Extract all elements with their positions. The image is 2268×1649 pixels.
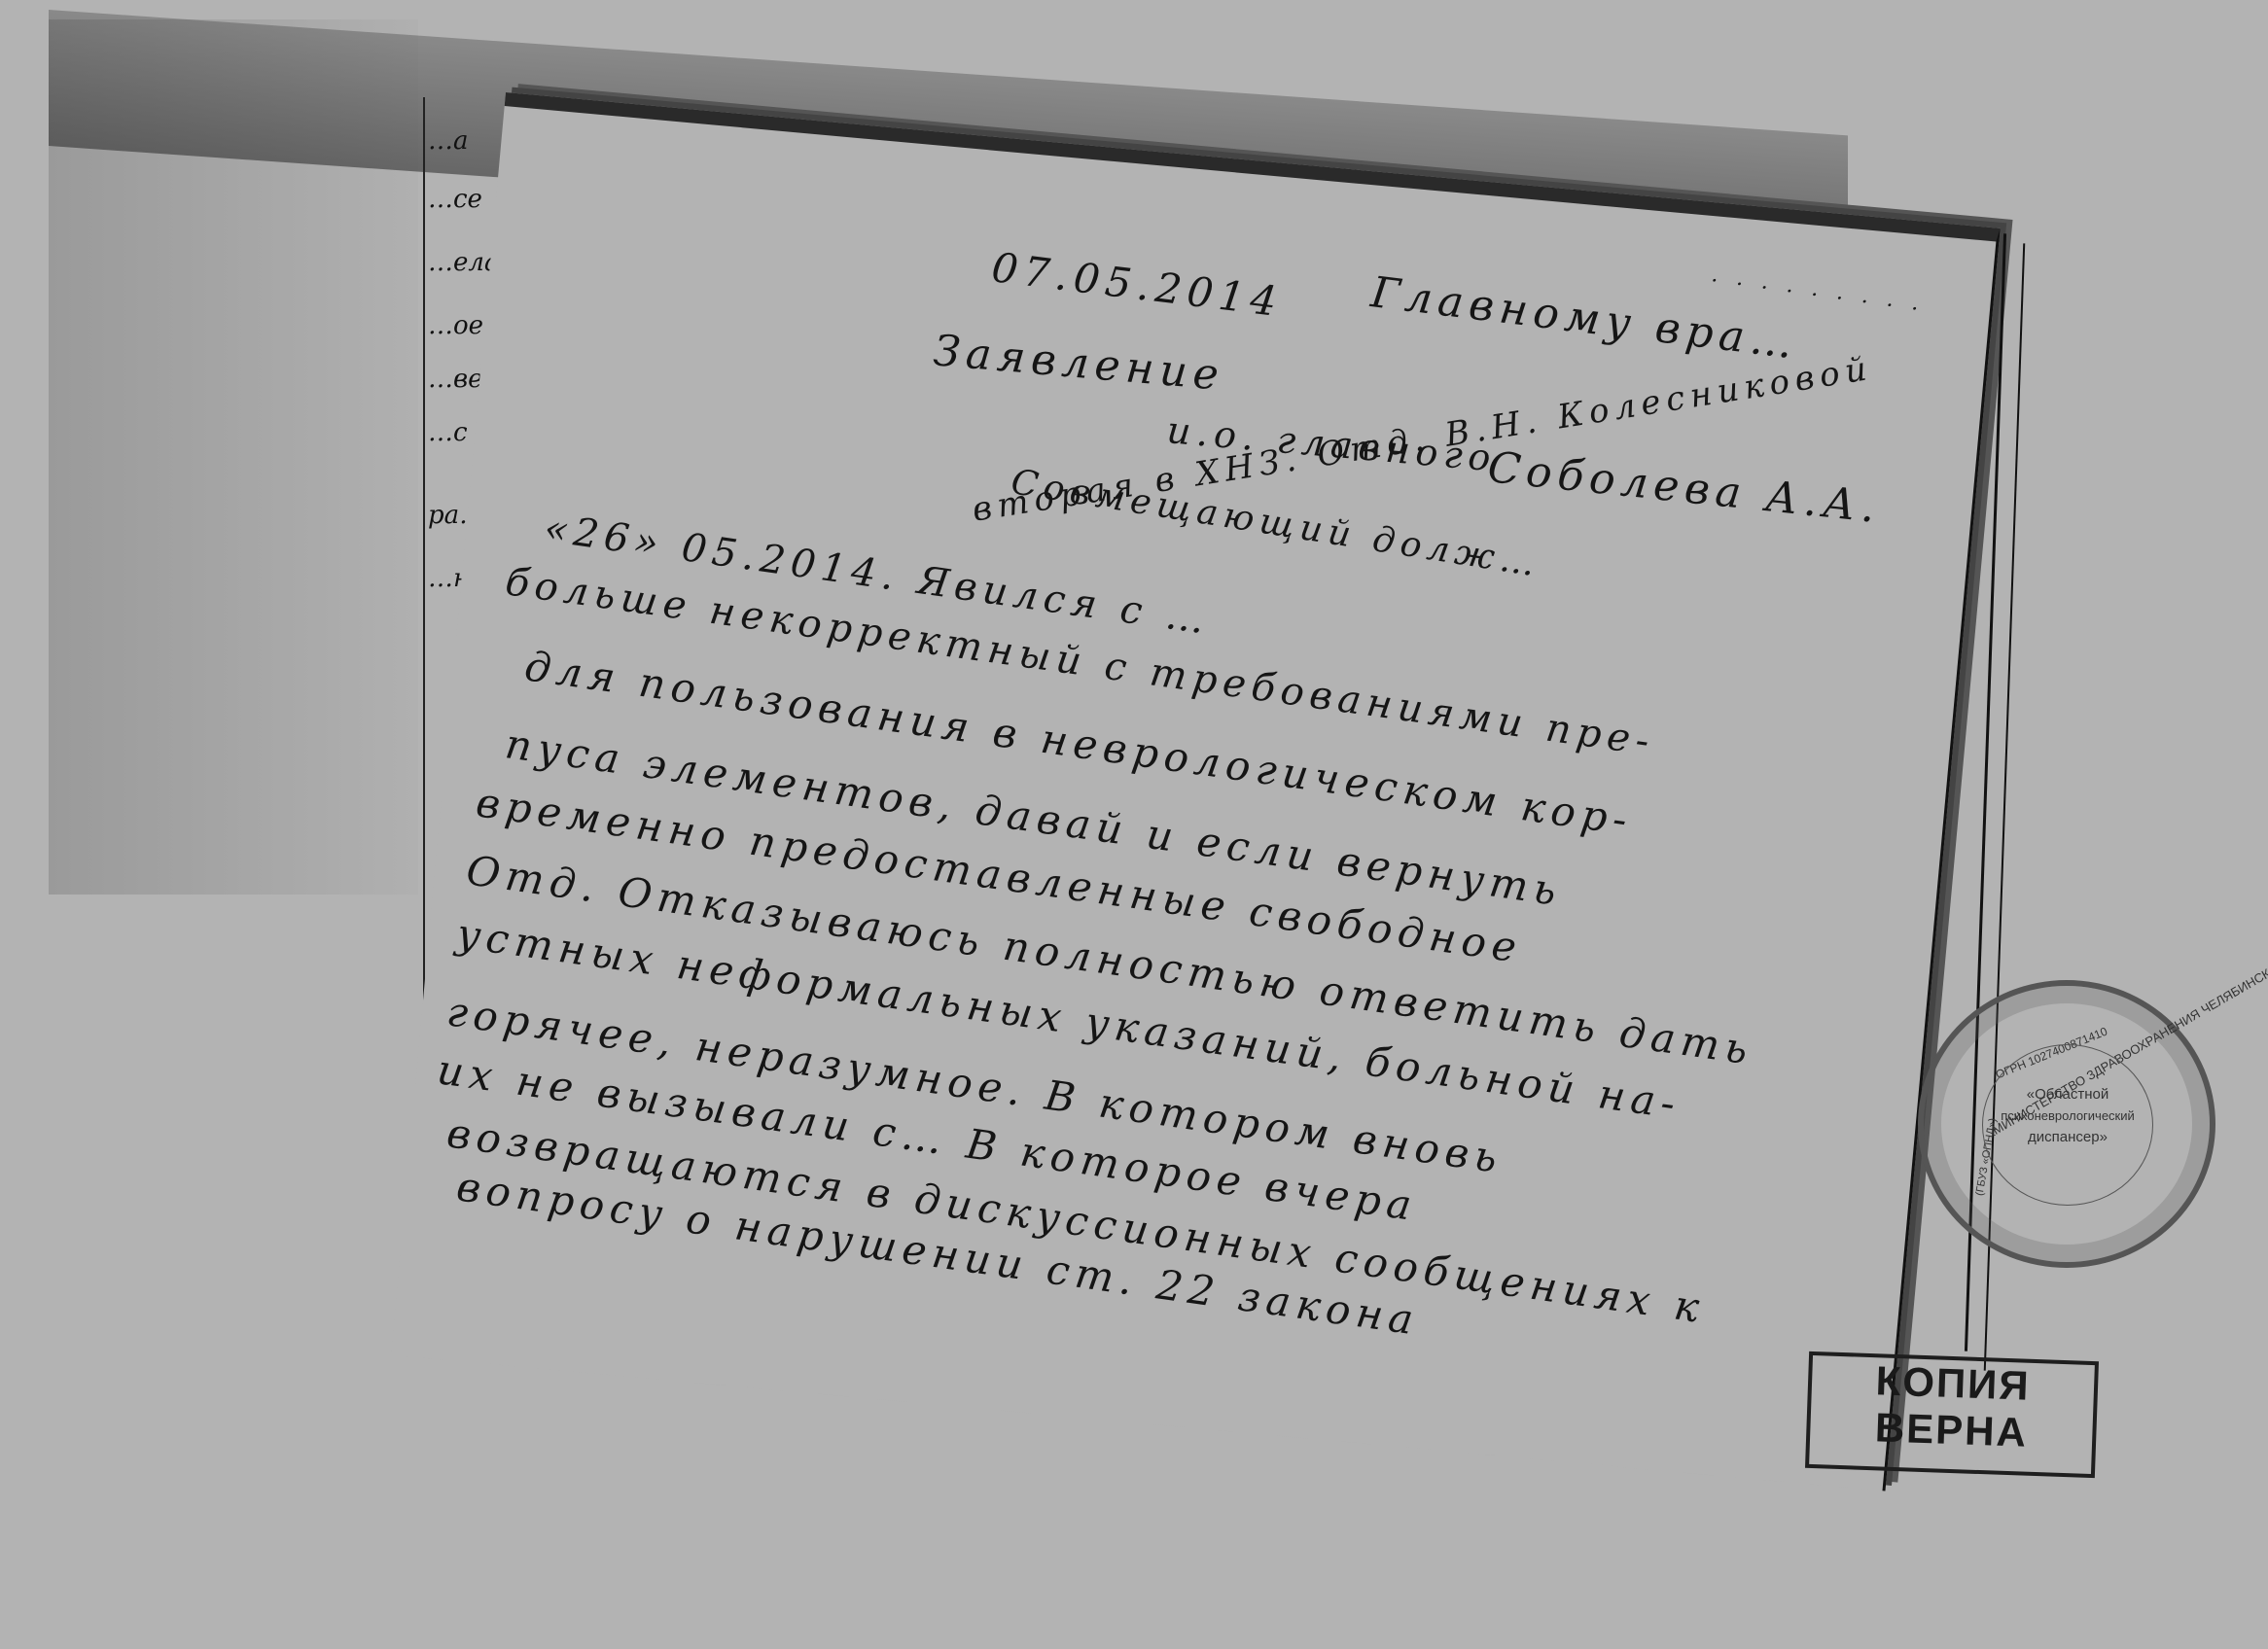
margin-fragment: …ве	[428, 365, 483, 394]
round-seal-stamp: МИНИСТЕРСТВО ЗДРАВООХРАНЕНИЯ ЧЕЛЯБИНСКОЙ…	[1918, 980, 2215, 1268]
stamp-center-line-1: «Областной	[1983, 1084, 2152, 1105]
copy-certified-stamp: КОПИЯ ВЕРНА	[1805, 1351, 2099, 1478]
copy-stamp-line-2: ВЕРНА	[1810, 1402, 2093, 1458]
margin-fragment: …с	[428, 418, 468, 447]
margin-fragment: …ое	[428, 311, 483, 340]
stamp-inner-circle: «Областной психоневрологический диспансе…	[1982, 1044, 2153, 1206]
margin-fragment: …а	[428, 126, 469, 156]
stamp-center-line-2: психоневрологический	[1983, 1105, 2152, 1127]
stamp-center-line-3: диспансер»	[1983, 1127, 2152, 1148]
margin-fragment: …се	[428, 185, 482, 214]
stamp-center-text: «Областной психоневрологический диспансе…	[1983, 1084, 2152, 1148]
